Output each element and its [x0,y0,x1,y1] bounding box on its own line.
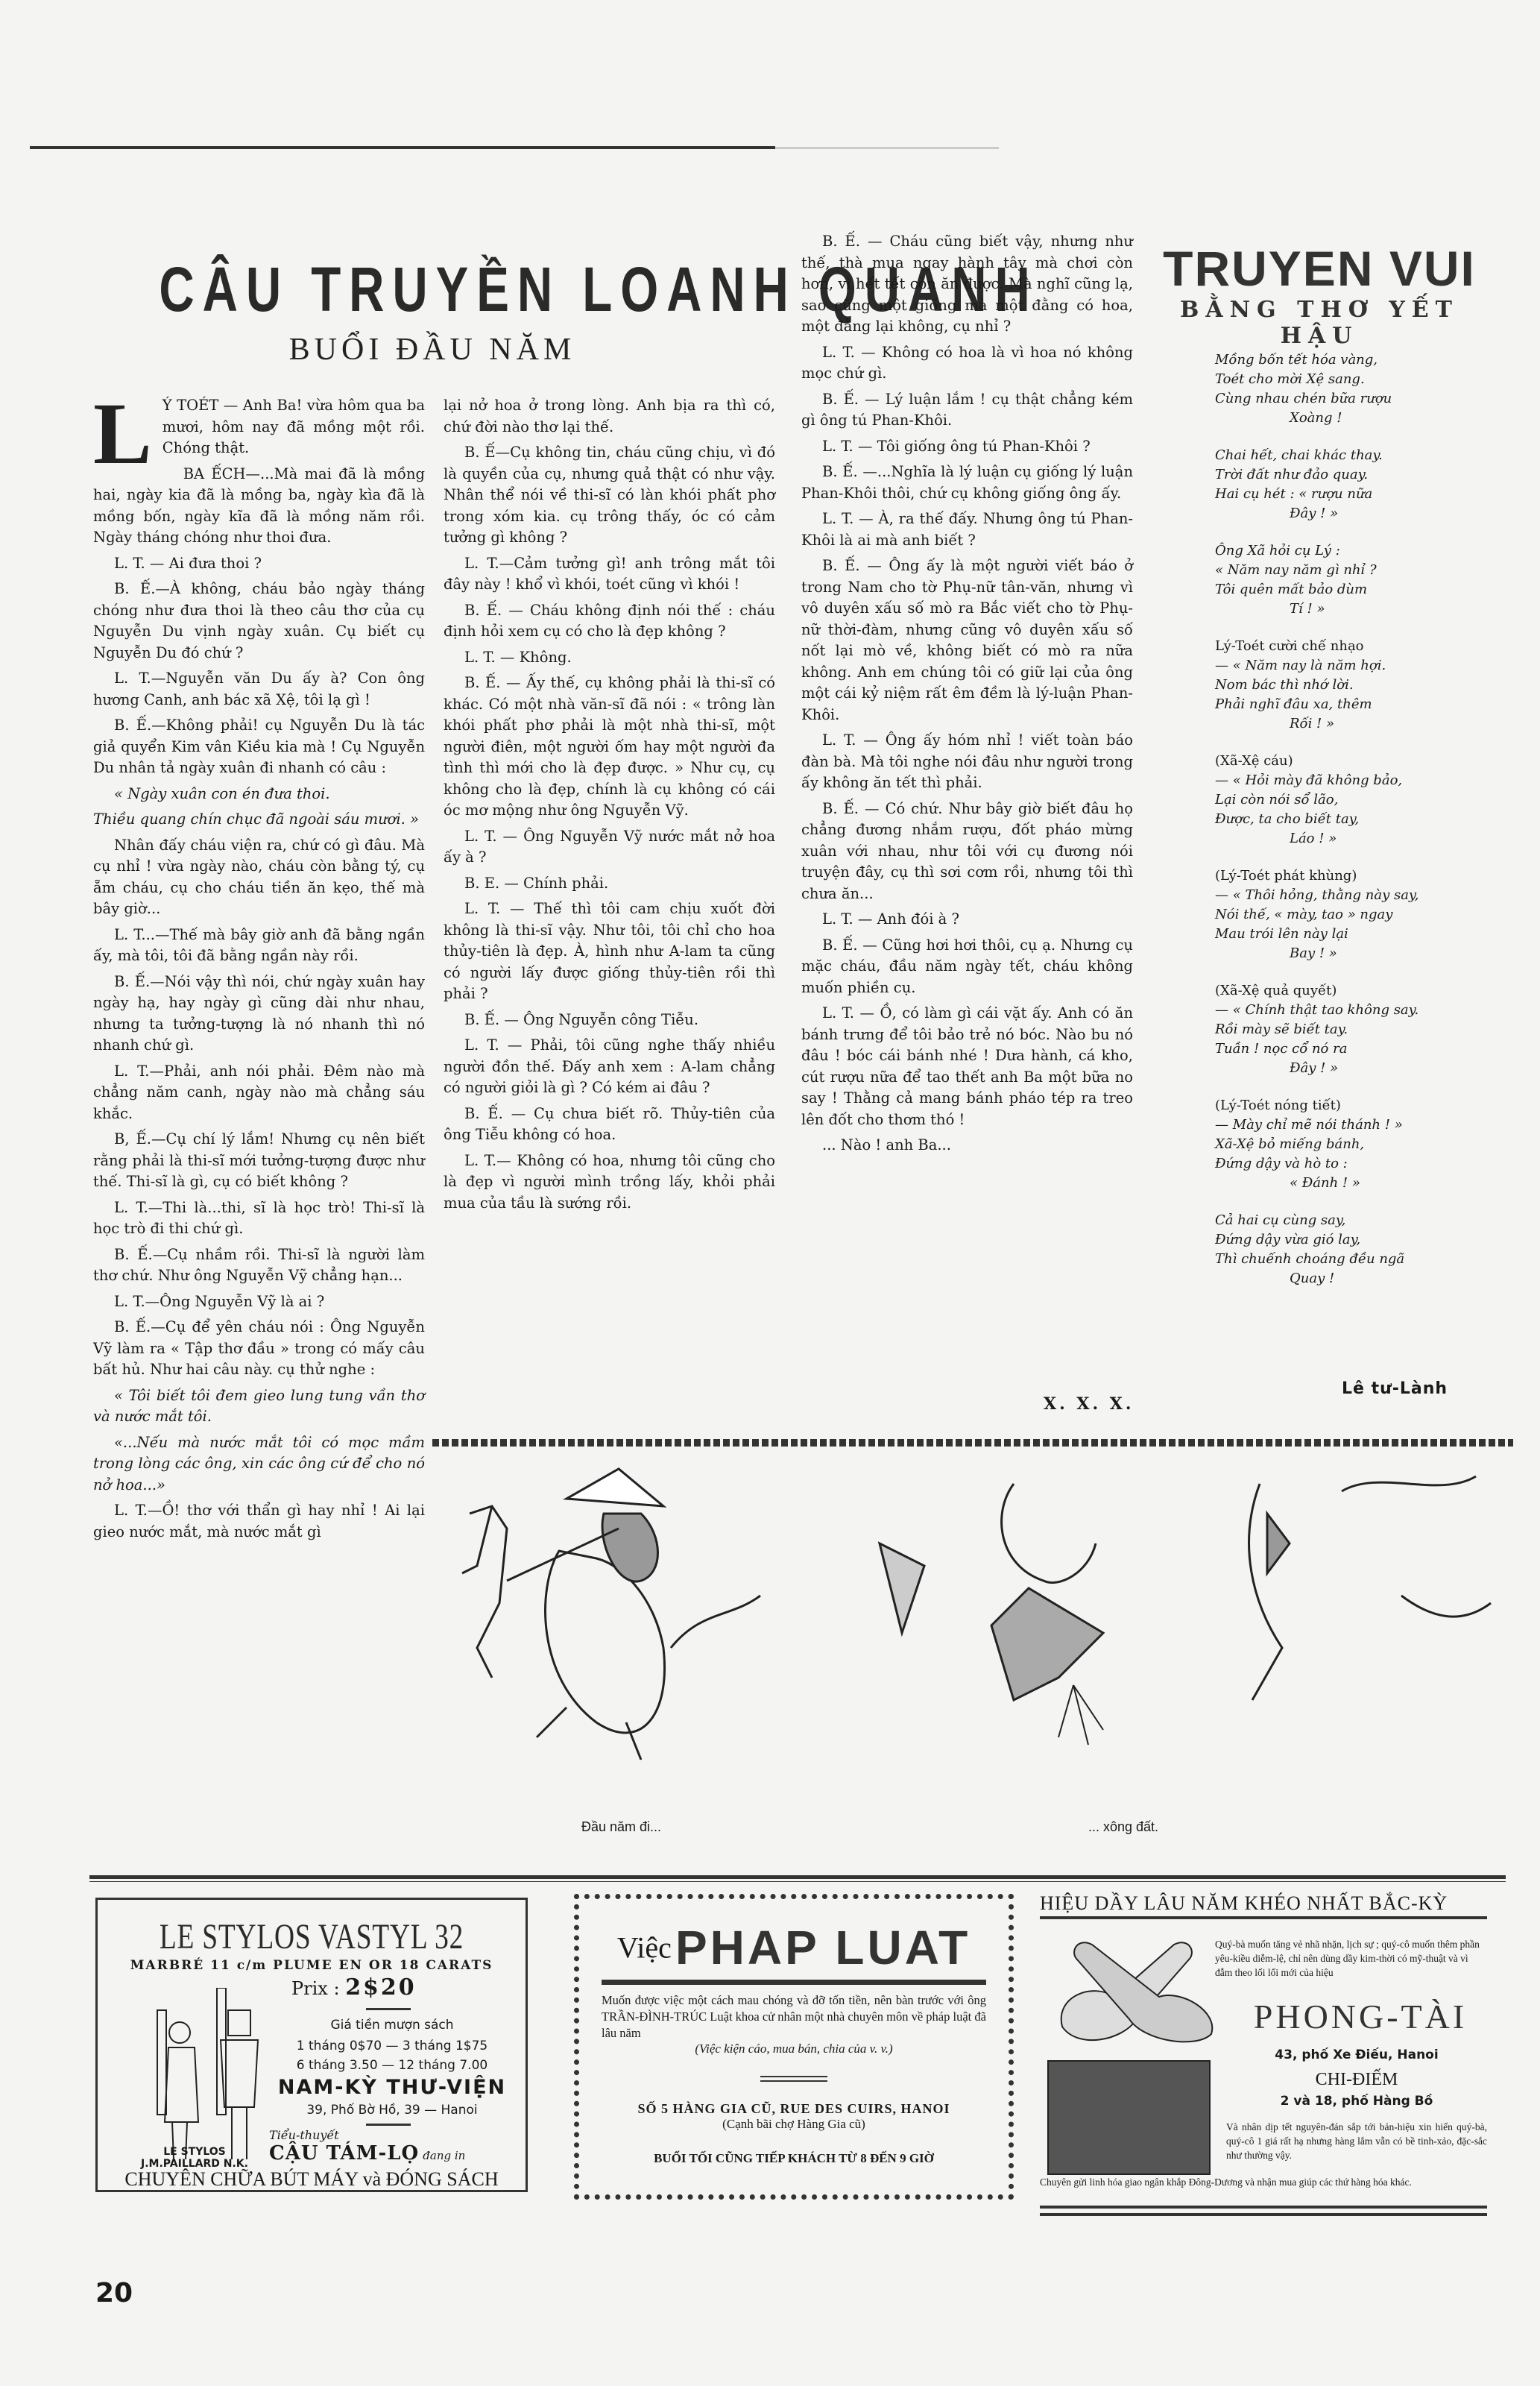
paragraph: ... Nào ! anh Ba... [801,1135,1133,1156]
stanza: Mồng bốn tết hóa vàng,Toét cho mời Xệ sa… [1215,350,1491,428]
ad-intro: Quý-bà muốn tăng vẻ nhã nhặn, lịch sự ; … [1215,1937,1483,1980]
paragraph: L. T...—Thế mà bây giờ anh đã bằng ngần … [93,925,425,967]
paragraph: B. Ế. — Lý luận lắm ! cụ thật chẳng kém … [801,389,1133,432]
paragraph: L. T.—Thi là...thi, sĩ là học trò! Thi-s… [93,1197,425,1240]
library-name: NAM-KỲ THƯ-VIỆN [265,2076,519,2099]
paragraph: B. Ế. — Ấy thế, cụ không phải là thi-sĩ … [444,673,775,822]
ad-address: SỐ 5 HÀNG GIA CŨ, RUE DES CUIRS, HANOI [602,2101,986,2117]
poem-title: TRUYEN VUI [1148,240,1491,297]
ad-phong-tai: HIỆU DẦY LÂU NĂM KHÉO NHẤT BẮC-KỲ Quý-bà… [1040,1892,1487,2191]
paragraph: B. Ế.—Không phải! cụ Nguyễn Du là tác gi… [93,715,425,779]
paragraph: B. Ế. — Ông Nguyễn công Tiễu. [444,1010,775,1031]
poem-author: Lê tư-Lành [1342,1379,1448,1398]
verse-line: «...Nếu mà nước mắt tôi có mọc mầm trong… [93,1432,425,1496]
ad-header: HIỆU DẦY LÂU NĂM KHÉO NHẤT BẮC-KỲ [1040,1892,1487,1919]
paragraph: L. T.—Ồ! thơ với thẩn gì hay nhỉ ! Ai lạ… [93,1500,425,1543]
paragraph: L. T. — À, ra thế đấy. Nhưng ông tú Phan… [801,509,1133,551]
paragraph: L. T. — Thế thì tôi cam chịu xuốt đời kh… [444,898,775,1005]
ad-title: LE STYLOS VASTYL 32 [145,1916,479,1957]
stanza: (Lý-Toét phát khùng)— « Thôi hỏng, thằng… [1215,866,1491,963]
article-subtitle: BUỔI ĐẦU NĂM [82,332,783,368]
paragraph: B. Ế. — Cũng hơi hơi thôi, cụ ạ. Nhưng c… [801,935,1133,999]
shoes-illustration [1047,1937,1219,2049]
paragraph: L. T. — Không có hoa là vì hoa nó không … [801,342,1133,385]
paragraph: Nhân đấy cháu viện ra, chứ có gì đâu. Mà… [93,835,425,920]
ad-address-note: (Cạnh bãi chợ Hàng Gia cũ) [602,2117,986,2132]
verse-line: « Tôi biết tôi đem gieo lung tung vần th… [93,1385,425,1428]
paragraph: B. Ế. — Cụ chưa biết rõ. Thủy-tiên của ô… [444,1104,775,1146]
shop-name: PHONG-TÀI [1234,1997,1487,2036]
header-rule-thin [775,148,999,148]
stanza: Ông Xã hỏi cụ Lý :« Năm nay năm gì nhỉ ?… [1215,541,1491,619]
cartoon-caption-left: Đầu năm đi... [581,1819,661,1835]
library-address: 39, Phố Bờ Hồ, 39 — Hanoi [269,2103,515,2118]
paragraph: B. Ế. — Ông ấy là một người viết báo ở t… [801,555,1133,725]
paragraph: B. E. — Chính phải. [444,873,775,895]
ad-rule [1040,2213,1487,2216]
article-column-1: LÝ TOÉT — Anh Ba! vừa hôm qua ba mươi, h… [93,395,425,1547]
paragraph: B. Ế—Cụ không tin, cháu cũng chịu, vì đó… [444,442,775,549]
ad-body: Muốn được việc một cách mau chóng và đỡ … [602,1992,986,2042]
stanza: (Lý-Toét nóng tiết)— Mày chỉ mẽ nói thán… [1215,1096,1491,1193]
ad-rule [366,2008,411,2010]
poem: Mồng bốn tết hóa vàng,Toét cho mời Xệ sa… [1215,350,1491,1306]
paragraph: lại nở hoa ở trong lòng. Anh bịa ra thì … [444,395,775,438]
pen-figures-illustration [127,1988,269,2167]
paragraph: L. T. — Anh đói à ? [801,909,1133,931]
cartoon-caption-right: ... xông đất. [1088,1819,1158,1835]
paragraph: L. T. — Không. [444,647,775,669]
section-divider [432,1439,1513,1447]
paragraph: L. T. — Phải, tôi cũng nghe thấy nhiều n… [444,1035,775,1099]
paragraph: B, Ế.—Cụ chí lý lắm! Nhưng cụ nên biết r… [93,1129,425,1193]
paragraph: B. Ế. — Cháu cũng biết vậy, nhưng như th… [801,231,1133,338]
paragraph: B. Ế.—Cụ để yên cháu nói : Ông Nguyễn Vỹ… [93,1317,425,1381]
verse-line: « Ngày xuân con én đưa thoi. [93,784,425,805]
paragraph: B. Ế.—À không, cháu bảo ngày tháng chóng… [93,579,425,664]
ad-rule [1040,2206,1487,2209]
ad-footer: Chuyên gửi linh hóa giao ngân khắp Đông-… [1040,2176,1487,2189]
rental-title: Giá tiền mượn sách [269,2018,515,2033]
ad-le-stylos: LE STYLOS VASTYL 32 MARBRÉ 11 c/m PLUME … [95,1898,528,2192]
branch-label: CHI-ĐIẾM [1226,2070,1487,2090]
paragraph: L. T.— Không có hoa, nhưng tôi cũng cho … [444,1150,775,1215]
stanza: Lý-Toét cười chế nhạo— « Năm nay là năm … [1215,637,1491,734]
paragraph: L. T.—Phải, anh nói phải. Đêm nào mà chẳ… [93,1061,425,1125]
branch-address: 2 và 18, phố Hàng Bồ [1226,2094,1487,2109]
paragraph: B. Ế.—Cụ nhầm rồi. Thi-sĩ là người làm t… [93,1244,425,1287]
paragraph: L. T. — Tôi giống ông tú Phan-Khôi ? [801,436,1133,458]
ad-price: Prix : 2$20 [291,1974,417,2001]
stanza: Chai hết, chai khác thay.Trời đất như đả… [1215,446,1491,523]
ad-hours: BUỔI TỐI CŨNG TIẾP KHÁCH TỪ 8 ĐẾN 9 GIỜ [602,2151,986,2166]
ad-phap-luat: Việc PHAP LUAT Muốn được việc một cách m… [574,1894,1014,2200]
paragraph: L. T. — Ông ấy hóm nhỉ ! viết toàn báo đ… [801,730,1133,794]
article-column-3: B. Ế. — Cháu cũng biết vậy, nhưng như th… [801,231,1133,1161]
page-number: 20 [95,2278,133,2308]
verse-line: Thiều quang chín chục đã ngoài sáu mươi.… [93,809,425,831]
rental-line: 6 tháng 3.50 — 12 tháng 7.00 [269,2058,515,2073]
ads-rule-thin [89,1881,1506,1882]
paragraph: L. T.—Cảm tưởng gì! anh trông mắt tôi đâ… [444,553,775,596]
paragraph: LÝ TOÉT — Anh Ba! vừa hôm qua ba mươi, h… [93,395,425,459]
ad-note: (Việc kiện cáo, mua bán, chia của v. v.) [602,2042,986,2056]
novel-title: CẬU TÁM-LỌ đang in [269,2142,523,2165]
rental-line: 1 tháng 0$70 — 3 tháng 1$75 [269,2039,515,2053]
ad-footer: CHUYÊN CHỮA BÚT MÁY và ĐÓNG SÁCH [98,2168,526,2191]
article-signature: X. X. X. [1044,1394,1135,1414]
ad-rule [366,2124,411,2126]
ad-rule [760,2076,827,2082]
paragraph: L. T.—Nguyễn văn Du ấy à? Con ông hương … [93,668,425,711]
paragraph: L. T.—Ông Nguyễn Vỹ là ai ? [93,1291,425,1313]
handbag-illustration [1047,2060,1211,2175]
cartoon-illustration [447,1454,1513,1804]
ad-rule [602,1980,986,1985]
paragraph: B. Ế.—Nói vậy thì nói, chứ ngày xuân hay… [93,972,425,1057]
novel-label: Tiểu-thuyết [269,2128,523,2142]
paragraph: B. Ế. — Cháu không định nói thế : cháu đ… [444,600,775,643]
shop-address: 43, phố Xe Điếu, Hanoi [1226,2047,1487,2062]
article-column-2: lại nở hoa ở trong lòng. Anh bịa ra thì … [444,395,775,1218]
paragraph: B. Ế. —...Nghĩa là lý luận cụ giống lý l… [801,462,1133,504]
ad-brand: LE STYLOSJ.M.PAILLARD N.K. [120,2146,269,2170]
ad-title: Việc PHAP LUAT [602,1920,986,1975]
ads-rule [89,1875,1506,1879]
stanza: (Xã-Xệ cáu)— « Hỏi mày đã không bảo,Lại … [1215,752,1491,849]
header-rule [30,146,775,149]
ad-promo: Và nhân dịp tết nguyên-đán sắp tới bản-h… [1226,2120,1487,2162]
paragraph: L. T. — Ồ, có làm gì cái vặt ấy. Anh có … [801,1003,1133,1130]
poem-subtitle: BẰNG THƠ YẾT HẬU [1148,297,1491,349]
paragraph: L. T. — Ông Nguyễn Vỹ nước mắt nở hoa ấy… [444,826,775,869]
ad-specs: MARBRÉ 11 c/m PLUME EN OR 18 CARATS [98,1958,526,1973]
stanza: Cả hai cụ cùng say,Đứng dậy vừa gió lay,… [1215,1211,1491,1288]
drop-cap: L [93,400,152,468]
stanza: (Xã-Xệ quả quyết)— « Chính thật tao khôn… [1215,981,1491,1078]
paragraph: B. Ế. — Có chứ. Như bây giờ biết đâu họ … [801,799,1133,905]
paragraph: L. T. — Ai đưa thoi ? [93,553,425,575]
article-title: CÂU TRUYỀN LOANH QUANH [159,254,705,326]
